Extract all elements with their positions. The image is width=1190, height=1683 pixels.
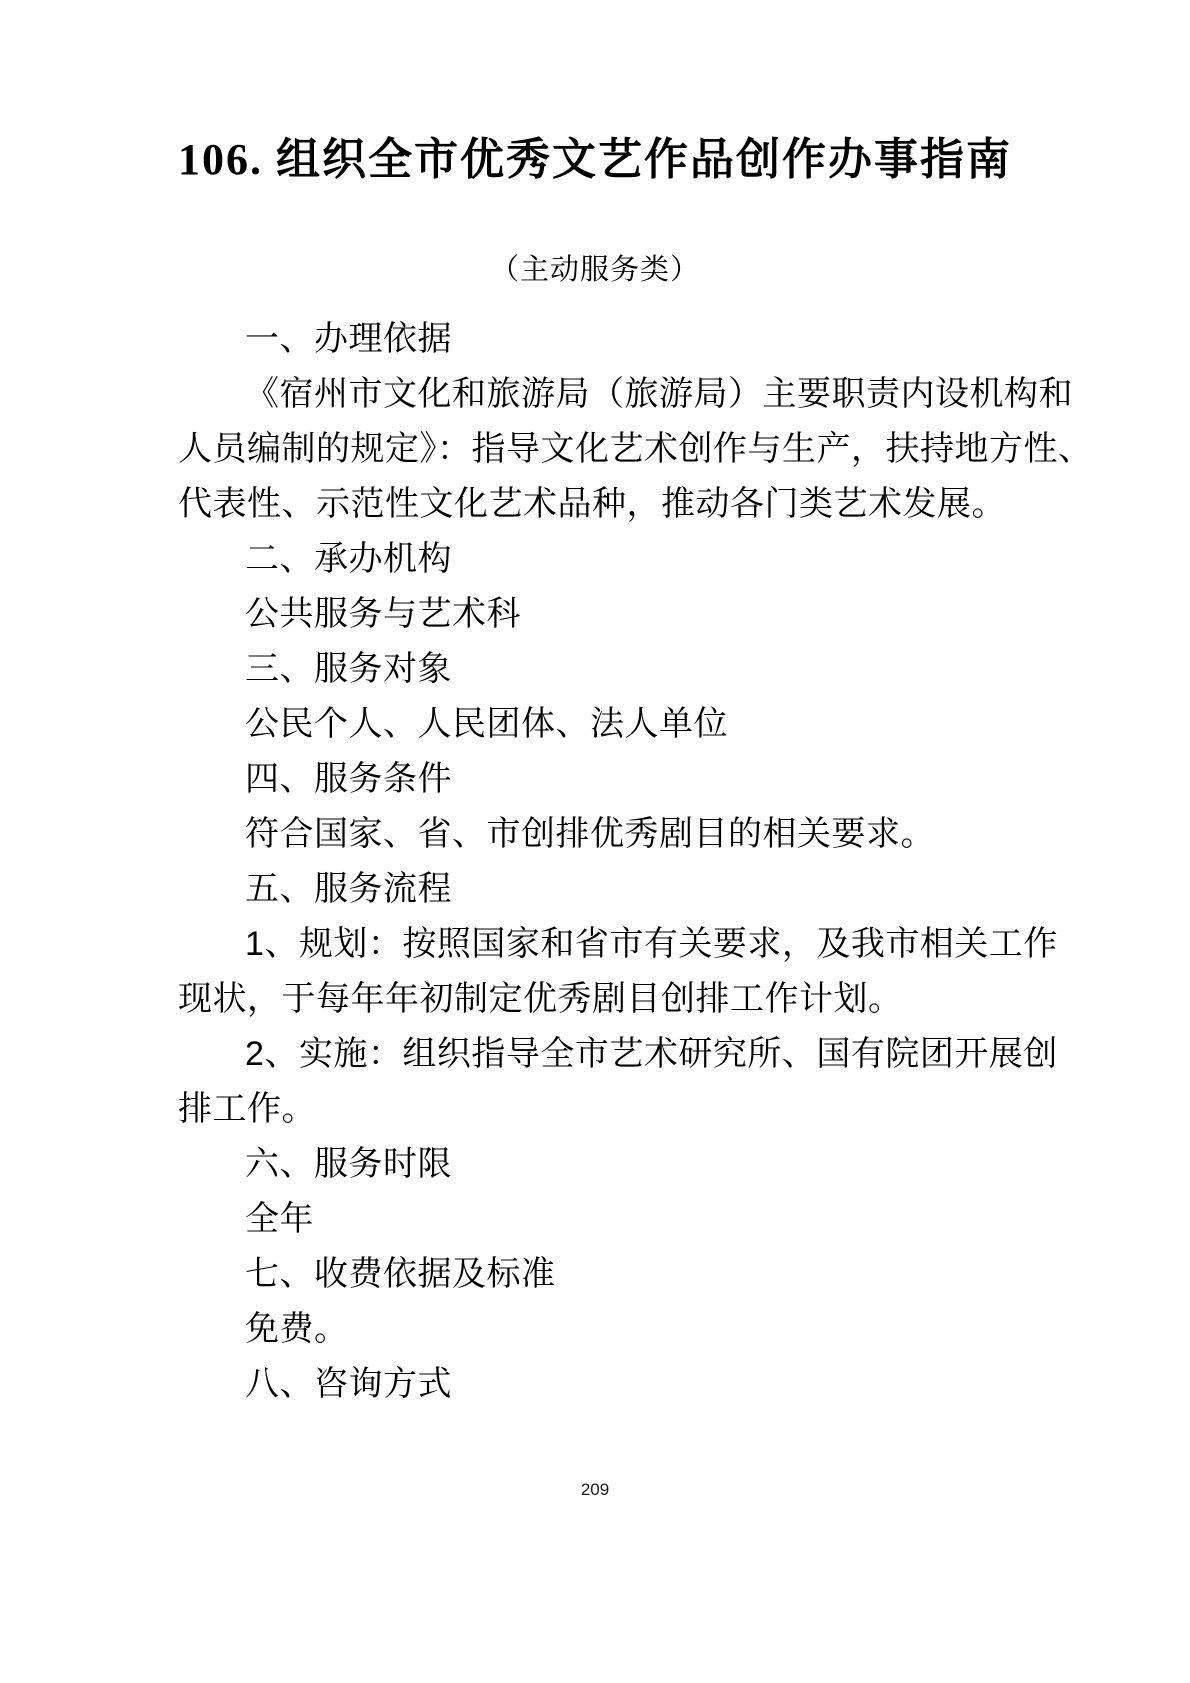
body-line: 免费。 [178, 1302, 1028, 1357]
body-line: 全年 [178, 1192, 1028, 1247]
body-line: 《宿州市文化和旅游局（旅游局）主要职责内设机构和 [178, 367, 1028, 422]
body-lines: 一、办理依据《宿州市文化和旅游局（旅游局）主要职责内设机构和人员编制的规定》：指… [178, 312, 1028, 1412]
body-line: 公民个人、人民团体、法人单位 [178, 697, 1028, 752]
body-line: 2、实施：组织指导全市艺术研究所、国有院团开展创 [178, 1027, 1028, 1082]
body-line: 现状，于每年年初制定优秀剧目创排工作计划。 [178, 972, 1028, 1027]
body-line: 一、办理依据 [178, 312, 1028, 367]
document-title: 106. 组织全市优秀文艺作品创作办事指南 [0, 128, 1190, 192]
document-page: 106. 组织全市优秀文艺作品创作办事指南 （主动服务类） 一、办理依据《宿州市… [0, 0, 1190, 1683]
body-line: 人员编制的规定》：指导文化艺术创作与生产，扶持地方性、 [178, 422, 1028, 477]
body-line: 三、服务对象 [178, 642, 1028, 697]
body-line: 二、承办机构 [178, 532, 1028, 587]
body-line: 代表性、示范性文化艺术品种，推动各门类艺术发展。 [178, 477, 1028, 532]
body-line: 四、服务条件 [178, 752, 1028, 807]
body-line: 六、服务时限 [178, 1137, 1028, 1192]
document-subtitle: （主动服务类） [0, 248, 1190, 292]
page-number: 209 [0, 1478, 1190, 1502]
body-line: 公共服务与艺术科 [178, 587, 1028, 642]
body-line: 排工作。 [178, 1082, 1028, 1137]
body-line: 八、咨询方式 [178, 1357, 1028, 1412]
body-line: 七、收费依据及标准 [178, 1247, 1028, 1302]
body-line: 符合国家、省、市创排优秀剧目的相关要求。 [178, 807, 1028, 862]
body-line: 五、服务流程 [178, 862, 1028, 917]
body-line: 1、规划：按照国家和省市有关要求，及我市相关工作 [178, 917, 1028, 972]
